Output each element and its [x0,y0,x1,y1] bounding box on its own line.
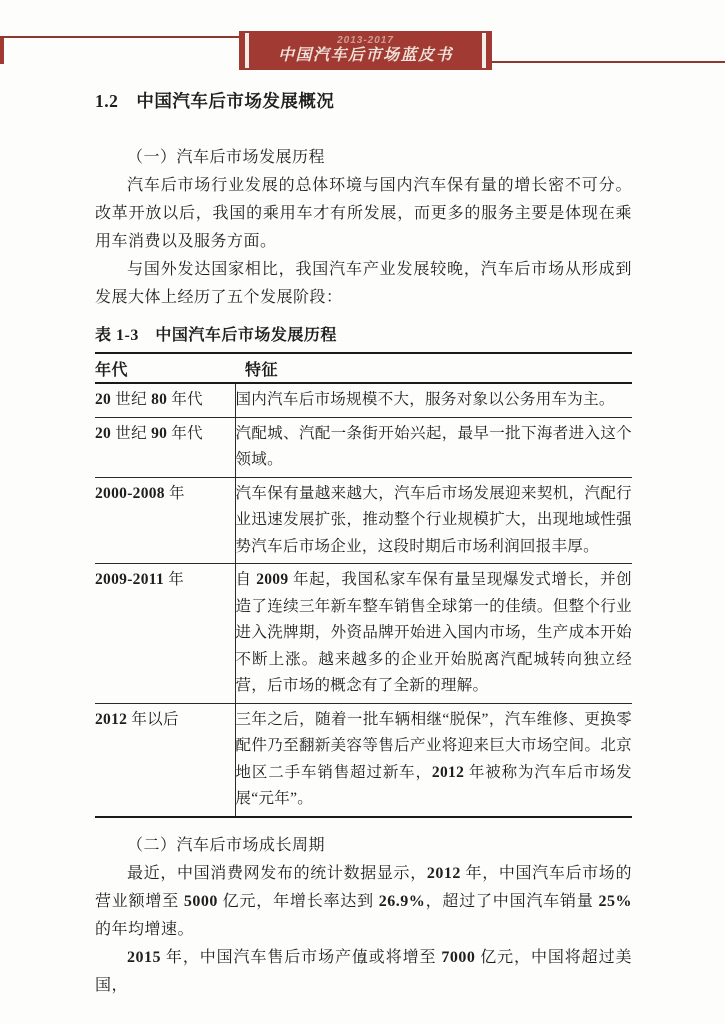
table-row: 20 世纪 90 年代 汽配城、汽配一条街开始兴起，最早一批下海者进入这个领域。 [95,417,632,477]
paragraph-2: 与国外发达国家相比，我国汽车产业发展较晚，汽车后市场从形成到发展大体上经历了五个… [95,256,632,312]
page-content: 1.2 中国汽车后市场发展概况 （一）汽车后市场发展历程 汽车后市场行业发展的总… [95,88,632,1000]
table-row: 20 世纪 80 年代 国内汽车后市场规模不大，服务对象以公务用车为主。 [95,383,632,417]
feature-cell: 汽车保有量越来越大，汽车后市场发展迎来契机，汽配行业迅速发展扩张，推动整个行业规… [235,477,632,564]
era-cell: 2009-2011 年 [95,564,235,704]
banner-title: 中国汽车后市场蓝皮书 [278,48,453,65]
era-cell: 20 世纪 80 年代 [95,383,235,417]
subsection-2-heading: （二）汽车后市场成长周期 [95,832,632,860]
document-page: 2013-2017 中国汽车后市场蓝皮书 1.2 中国汽车后市场发展概况 （一）… [0,0,725,1024]
section-heading: 1.2 中国汽车后市场发展概况 [95,88,632,114]
feature-cell: 自 2009 年起，我国私家车保有量呈现爆发式增长，并创造了连续三年新车整车销售… [235,564,632,704]
banner-text-group: 2013-2017 中国汽车后市场蓝皮书 [239,31,492,70]
header-banner: 2013-2017 中国汽车后市场蓝皮书 [239,31,492,70]
paragraph-1: 汽车后市场行业发展的总体环境与国内汽车保有量的增长密不可分。改革开放以后，我国的… [95,172,632,256]
era-cell: 20 世纪 90 年代 [95,417,235,477]
era-cell: 2000-2008 年 [95,477,235,564]
era-cell: 2012 年以后 [95,703,235,817]
header-rule-right [492,61,725,63]
table-row: 2012 年以后 三年之后，随着一批车辆相继“脱保”，汽车维修、更换零配件乃至翻… [95,703,632,817]
feature-cell: 汽配城、汽配一条街开始兴起，最早一批下海者进入这个领域。 [235,417,632,477]
page-number: 7 [0,952,725,969]
table-header-feature: 特征 [235,353,632,383]
table-caption: 表 1-3 中国汽车后市场发展历程 [95,324,632,348]
history-table: 年代 特征 20 世纪 80 年代 国内汽车后市场规模不大，服务对象以公务用车为… [95,352,632,818]
feature-cell: 三年之后，随着一批车辆相继“脱保”，汽车维修、更换零配件乃至翻新美容等售后产业将… [235,703,632,817]
header-rule-left [0,36,239,38]
banner-years: 2013-2017 [337,36,394,47]
subsection-1-heading: （一）汽车后市场发展历程 [95,144,632,172]
table-row: 2009-2011 年 自 2009 年起，我国私家车保有量呈现爆发式增长，并创… [95,564,632,704]
table-row: 2000-2008 年 汽车保有量越来越大，汽车后市场发展迎来契机，汽配行业迅速… [95,477,632,564]
paragraph-3: 最近，中国消费网发布的统计数据显示，2012 年，中国汽车后市场的营业额增至 5… [95,860,632,944]
feature-cell: 国内汽车后市场规模不大，服务对象以公务用车为主。 [235,383,632,417]
table-header-row: 年代 特征 [95,353,632,383]
header-edge-tick [0,38,4,64]
table-header-era: 年代 [95,353,235,383]
